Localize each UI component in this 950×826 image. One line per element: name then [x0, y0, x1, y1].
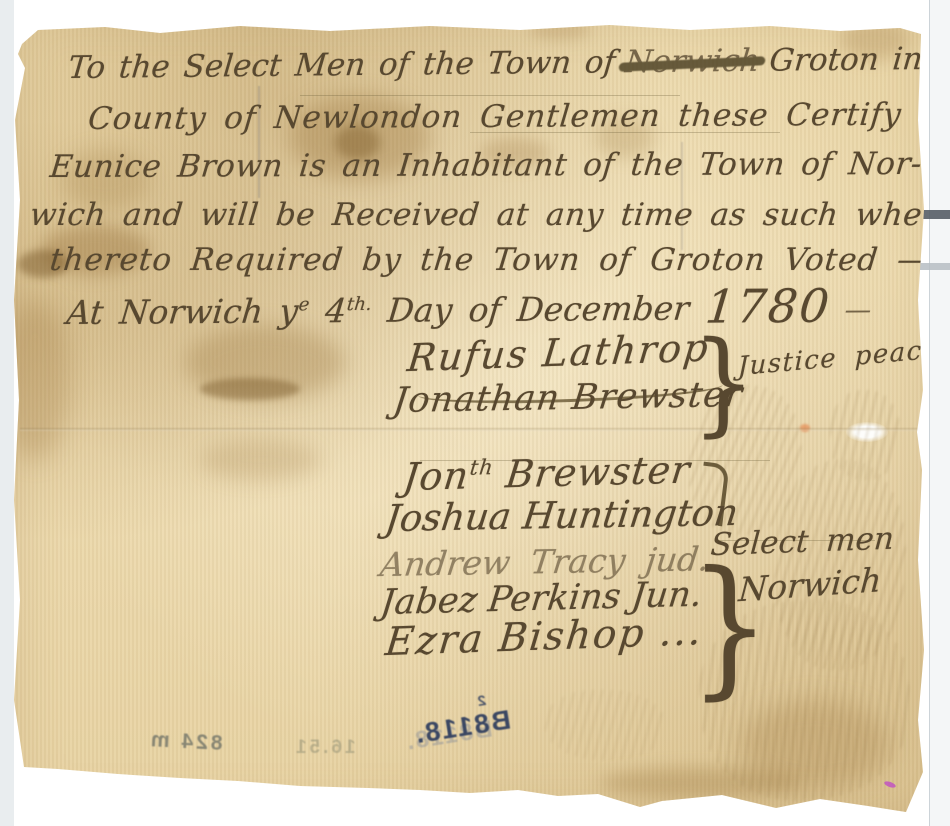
manuscript-paper: To the Select Men of the Town ofNorwichG… — [0, 0, 950, 826]
signature-rufus-lathrop: Rufus Lathrop — [405, 325, 712, 380]
stain — [200, 440, 320, 480]
body-line-3: Eunice Brown is an Inhabitant of the Tow… — [48, 146, 923, 185]
trailing-dash: — — [829, 294, 873, 325]
signature-text: Brewster — [490, 447, 693, 496]
superscript-th: th. — [346, 294, 373, 315]
blue-archive-stamp: B8118. 2 B8118. — [400, 686, 551, 787]
pencil-guide-line — [300, 95, 680, 96]
scanner-margin-left — [0, 0, 14, 826]
stamp-text: 16.51 — [293, 737, 356, 759]
body-line-1: To the Select Men of the Town ofNorwichG… — [67, 40, 950, 86]
bleed-through-writing — [544, 688, 666, 762]
dateline-text: At Norwich y — [65, 291, 300, 332]
superscript-th: th — [469, 455, 496, 480]
bleed-through-writing — [830, 390, 900, 480]
title-text: Justice peace — [737, 334, 939, 382]
line4-text: wich and will be Received at any time as… — [28, 197, 944, 233]
stamp-text: 824 m — [147, 728, 223, 756]
stain — [530, 20, 590, 40]
scanned-document: To the Select Men of the Town ofNorwichG… — [0, 0, 950, 826]
line1-text-after: Groton in the — [768, 40, 950, 78]
selectmen-brace: } — [689, 552, 770, 702]
dateline-day-number: 4 — [307, 291, 348, 330]
fold-crease — [20, 428, 918, 431]
struck-out-word: Norwich — [623, 43, 761, 80]
body-line-5: thereto Required by the Town of Groton V… — [48, 242, 950, 278]
gray-stamp-left: 824 m — [147, 728, 223, 756]
signature-joshua-huntington: Joshua Huntington — [383, 491, 741, 540]
signature-text: Jon — [401, 453, 472, 499]
gray-stamp-center: 16.51 — [293, 737, 356, 759]
scanner-margin-right — [929, 0, 950, 826]
dateline-month: Day of December — [369, 289, 707, 330]
scan-artifact-bar — [920, 263, 950, 270]
body-line-4: wich and will be Received at any time as… — [28, 197, 944, 233]
line1-text-before: To the Select Men of the Town of — [67, 44, 617, 86]
signature-text: Joshua Huntington — [383, 491, 741, 540]
justices-brace: } — [692, 327, 756, 439]
brace-glyph: } — [692, 318, 756, 448]
line3-text: Eunice Brown is an Inhabitant of the Tow… — [48, 146, 923, 185]
line2-text: County of Newlondon Gentlemen these Cert… — [86, 96, 950, 137]
body-line-2: County of Newlondon Gentlemen these Cert… — [86, 96, 950, 137]
justices-title: Justice peace — [737, 334, 939, 382]
stain — [200, 378, 300, 400]
ink-speck — [884, 780, 897, 789]
brace-glyph: } — [689, 540, 770, 714]
signature-jonth-brewster: Jonth Brewster — [401, 447, 693, 499]
signature-text: Rufus Lathrop — [405, 325, 712, 380]
line5-text: thereto Required by the Town of Groton V… — [48, 242, 950, 278]
